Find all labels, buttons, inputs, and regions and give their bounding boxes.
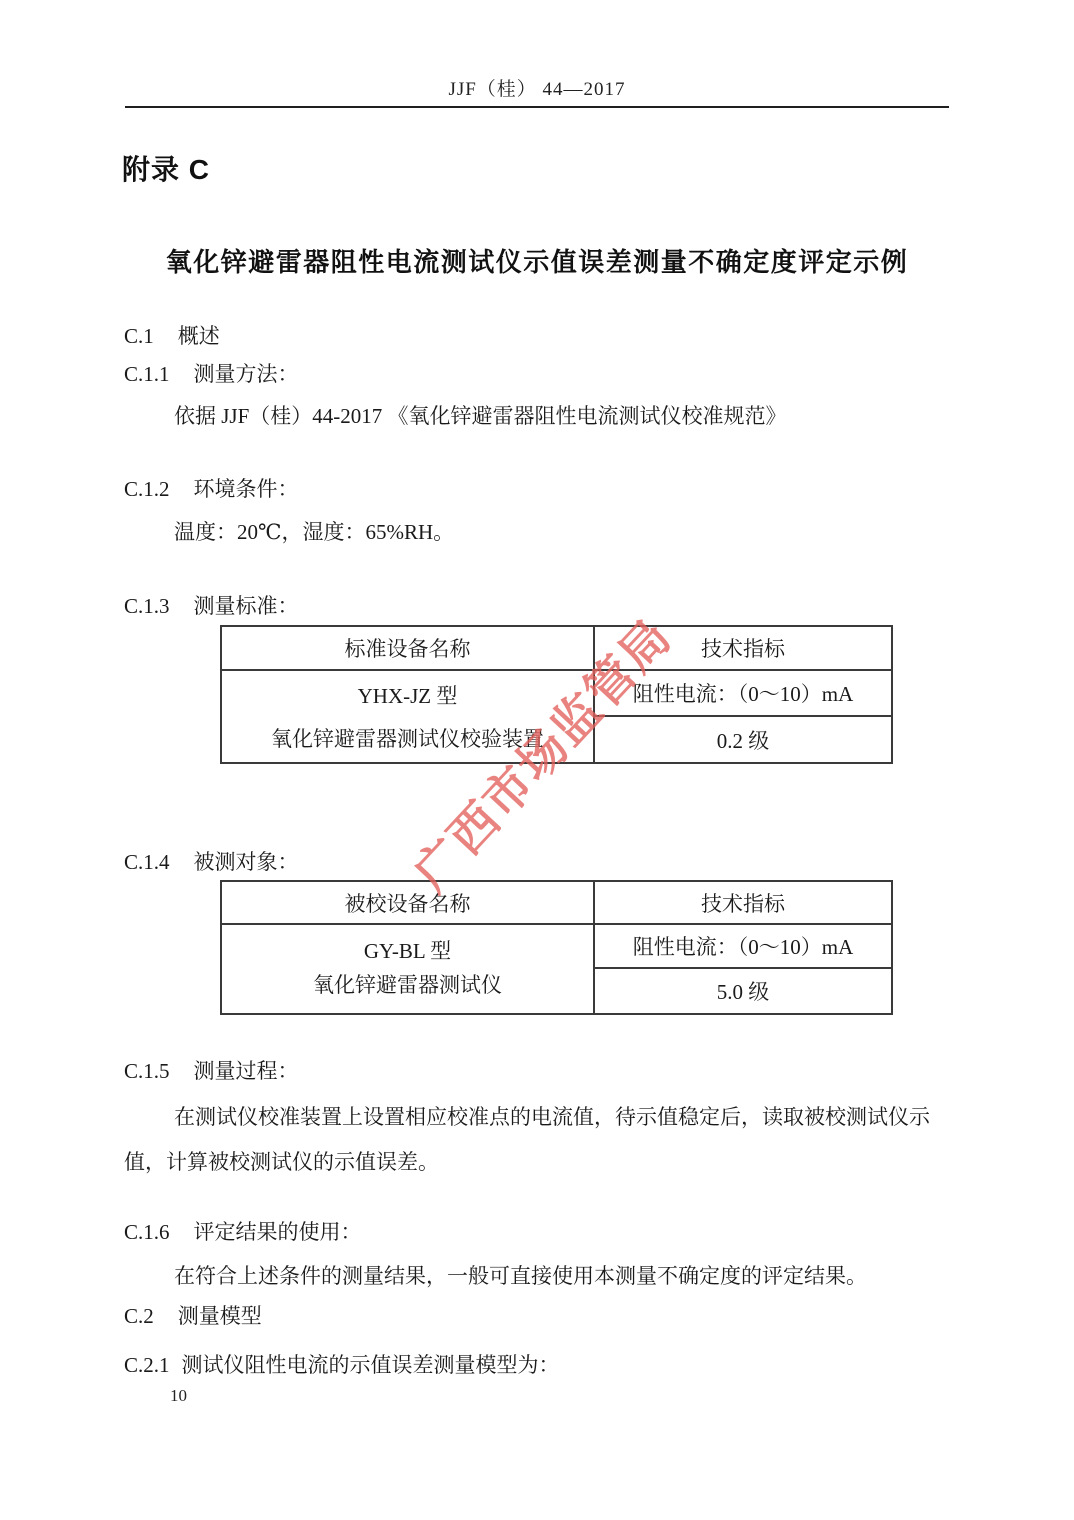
paragraph-c15-line2: 值，计算被校测试仪的示值误差。 (124, 1146, 439, 1176)
dut-equipment-table: 被校设备名称 技术指标 GY-BL 型 氧化锌避雷器测试仪 阻性电流：（0～10… (220, 880, 893, 1015)
standard-equipment-table: 标准设备名称 技术指标 YHX-JZ 型 氧化锌避雷器测试仪校验装置 阻性电流：… (220, 625, 893, 764)
running-header: JJF（桂） 44—2017 (0, 74, 1074, 101)
page-number: 10 (170, 1386, 187, 1406)
table-cell-spec-range: 阻性电流：（0～10）mA (595, 925, 891, 969)
table-cell-spec-class: 5.0 级 (595, 969, 891, 1013)
table-header-cell: 技术指标 (595, 627, 891, 671)
section-title: 测量模型 (178, 1300, 262, 1330)
section-heading-c16: C.1.6 评定结果的使用： (124, 1216, 362, 1246)
paragraph-c15-line1: 在测试仪校准装置上设置相应校准点的电流值，待示值稳定后，读取被校测试仪示 (174, 1101, 930, 1131)
section-label: C.1.2 (124, 477, 170, 502)
device-description: 氧化锌避雷器测试仪 (313, 969, 502, 1003)
table-cell-spec-range: 阻性电流：（0～10）mA (595, 671, 891, 717)
section-heading-c13: C.1.3 测量标准： (124, 590, 299, 620)
table-header-cell: 标准设备名称 (222, 627, 595, 671)
section-title: 测试仪阻性电流的示值误差测量模型为： (182, 1349, 560, 1379)
table-cell-spec-class: 0.2 级 (595, 717, 891, 762)
section-heading-c15: C.1.5 测量过程： (124, 1055, 299, 1085)
device-model: GY-BL 型 (364, 935, 451, 969)
section-heading-c21: C.2.1 测试仪阻性电流的示值误差测量模型为： (124, 1349, 560, 1379)
table-cell-device-name: YHX-JZ 型 氧化锌避雷器测试仪校验装置 (222, 671, 595, 762)
section-label: C.1.3 (124, 594, 170, 619)
section-title: 测量方法： (194, 358, 299, 388)
section-title: 被测对象： (194, 846, 299, 876)
section-label: C.1.1 (124, 362, 170, 387)
section-label: C.1.4 (124, 850, 170, 875)
section-label: C.1.5 (124, 1059, 170, 1084)
device-description: 氧化锌避雷器测试仪校验装置 (271, 723, 544, 753)
section-title: 环境条件： (194, 473, 299, 503)
section-label: C.2 (124, 1304, 154, 1329)
table-cell-device-name: GY-BL 型 氧化锌避雷器测试仪 (222, 925, 595, 1013)
section-label: C.1 (124, 324, 154, 349)
section-heading-c14: C.1.4 被测对象： (124, 846, 299, 876)
section-title: 测量过程： (194, 1055, 299, 1085)
section-title: 概述 (178, 320, 220, 350)
section-label: C.2.1 (124, 1353, 170, 1378)
section-label: C.1.6 (124, 1220, 170, 1245)
section-heading-c2: C.2 测量模型 (124, 1300, 262, 1330)
paragraph-c11-body: 依据 JJF（桂）44-2017 《氧化锌避雷器阻性电流测试仪校准规范》 (174, 400, 787, 430)
appendix-label: 附录 C (122, 148, 210, 188)
section-heading-c11: C.1.1 测量方法： (124, 358, 299, 388)
paragraph-c16-body: 在符合上述条件的测量结果，一般可直接使用本测量不确定度的评定结果。 (174, 1260, 867, 1290)
table-header-cell: 被校设备名称 (222, 882, 595, 925)
paragraph-c12-body: 温度：20℃，湿度：65%RH。 (174, 516, 454, 546)
section-heading-c12: C.1.2 环境条件： (124, 473, 299, 503)
section-title: 测量标准： (194, 590, 299, 620)
page-title: 氧化锌避雷器阻性电流测试仪示值误差测量不确定度评定示例 (0, 242, 1074, 279)
section-title: 评定结果的使用： (194, 1216, 362, 1246)
section-heading-c1: C.1 概述 (124, 320, 220, 350)
document-page: JJF（桂） 44—2017 附录 C 氧化锌避雷器阻性电流测试仪示值误差测量不… (0, 0, 1074, 1520)
header-rule (125, 106, 949, 108)
table-header-cell: 技术指标 (595, 882, 891, 925)
device-model: YHX-JZ 型 (358, 680, 458, 710)
